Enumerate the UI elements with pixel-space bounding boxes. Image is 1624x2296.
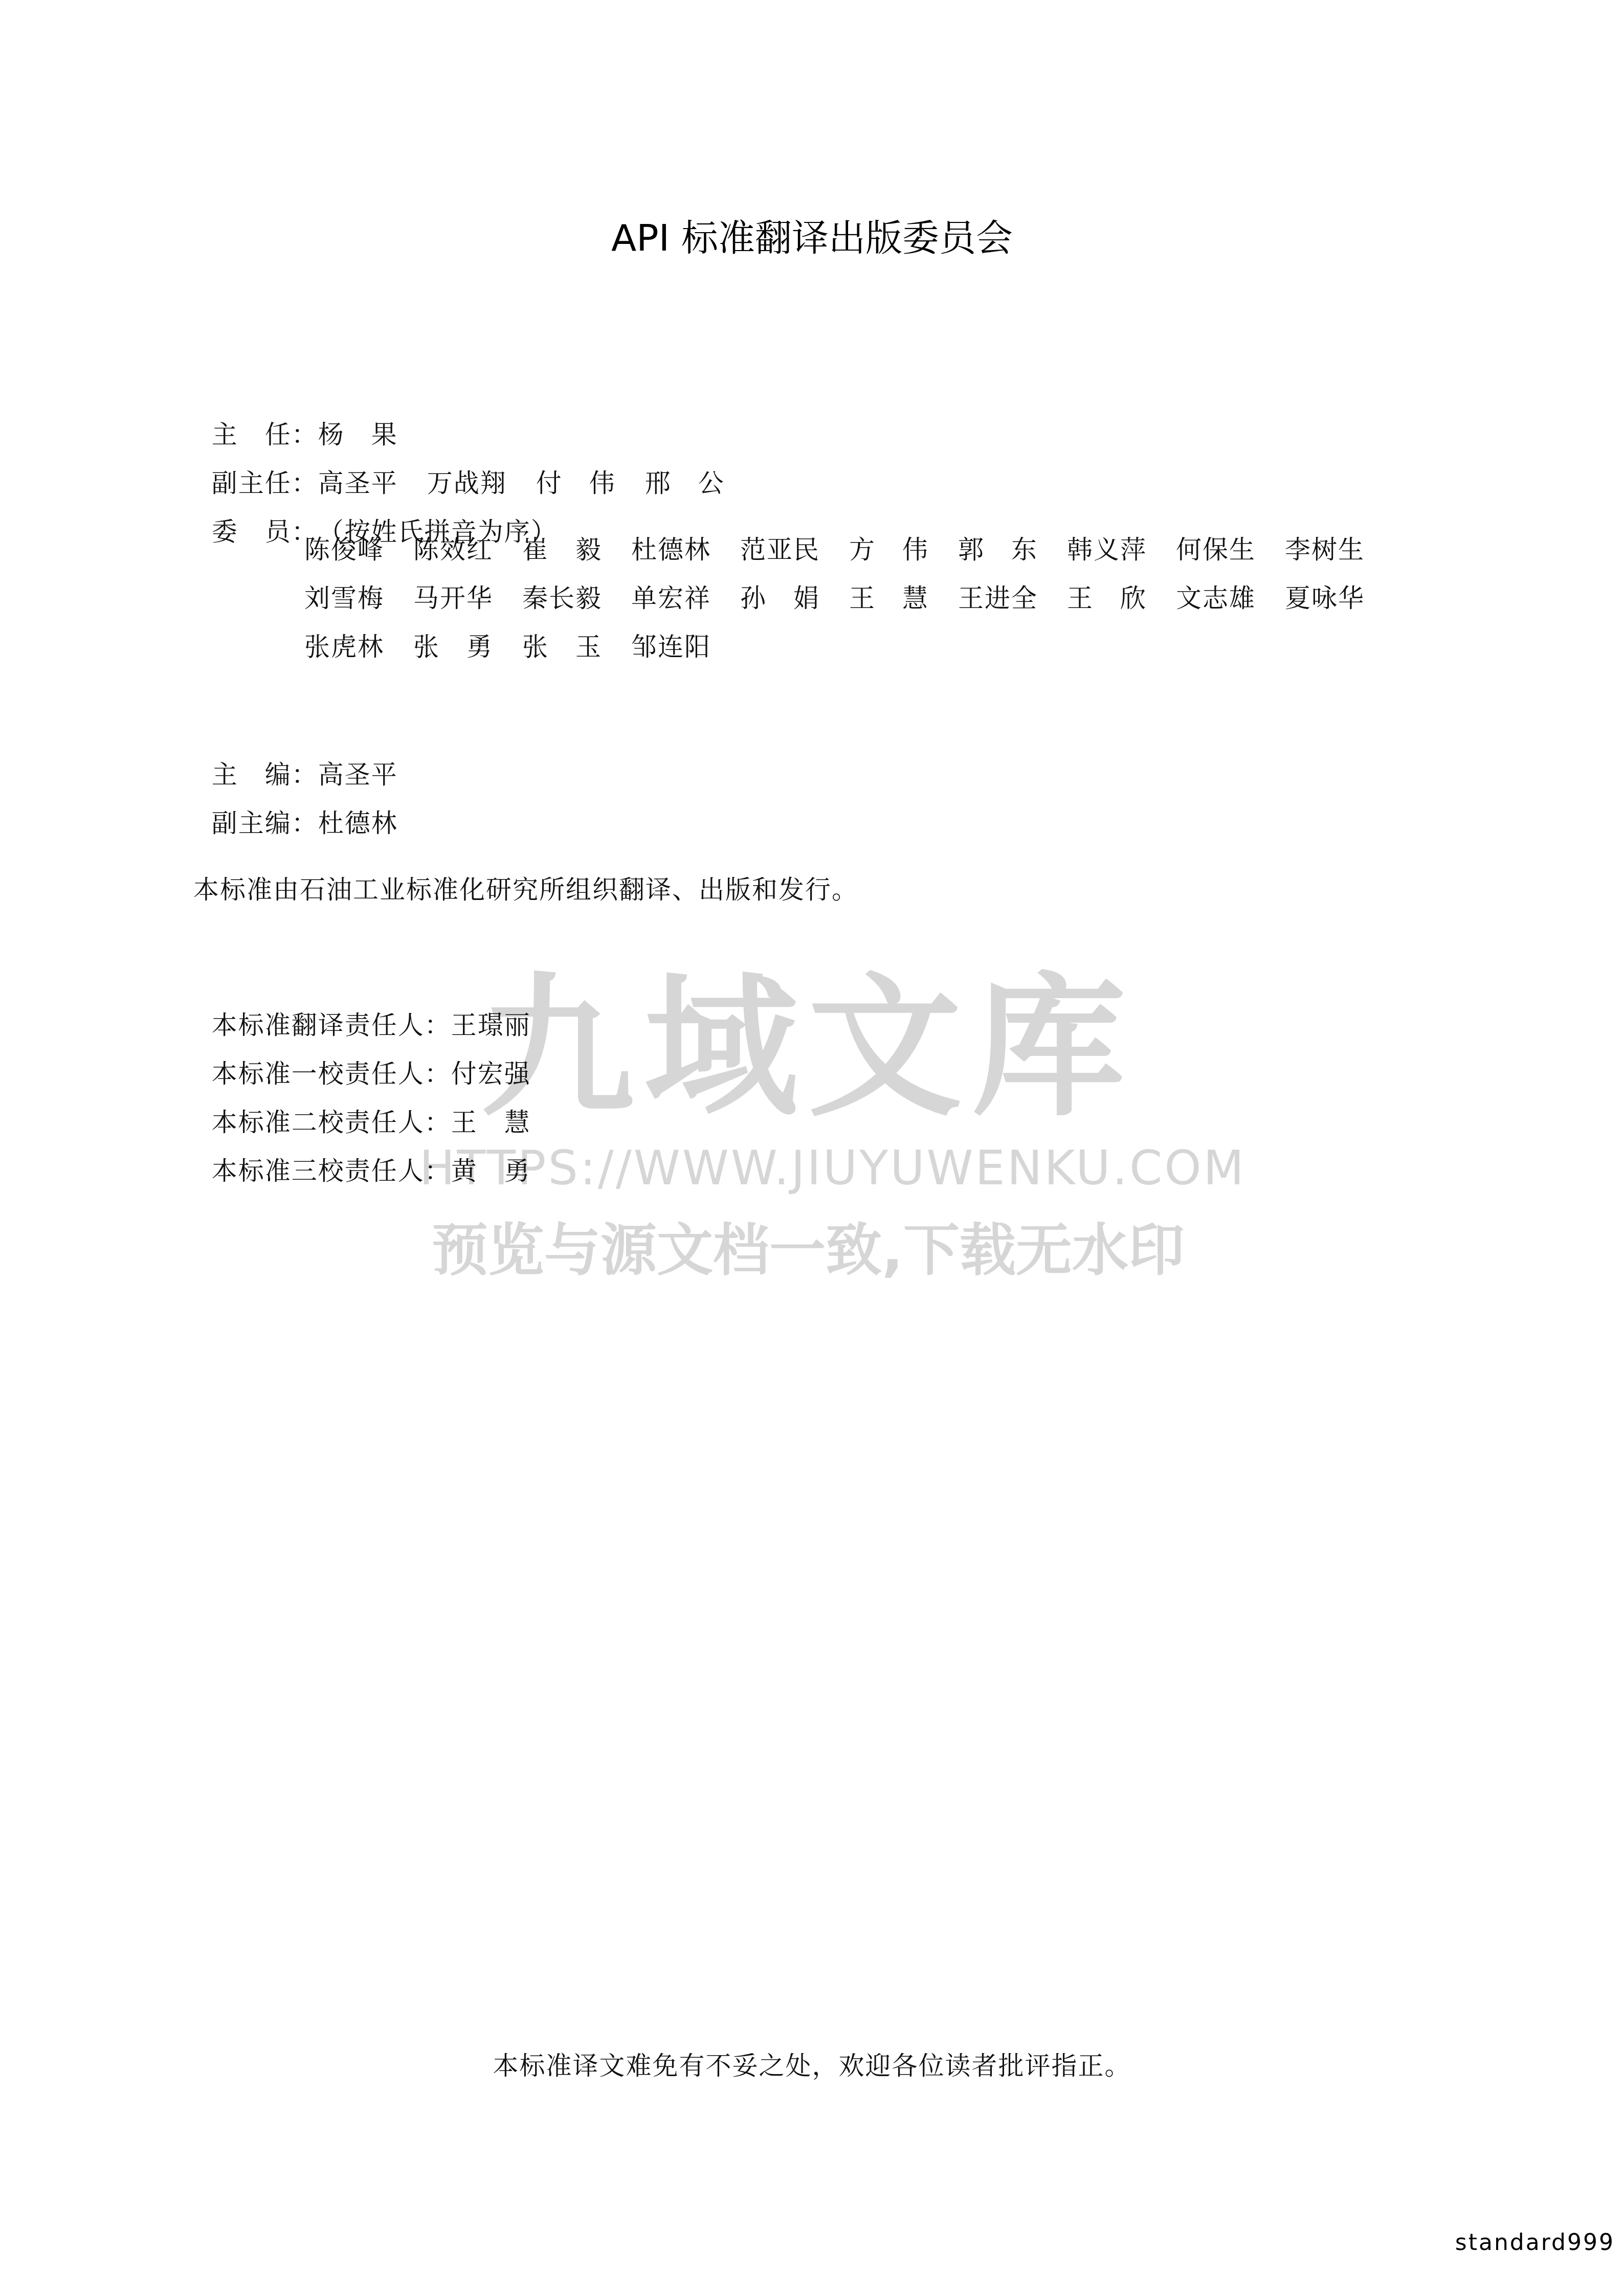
member-name: 杜德林 bbox=[631, 534, 740, 565]
member-name: 王进全 bbox=[958, 583, 1067, 614]
responsibility-line-proof-3: 本标准三校责任人：黄 勇 bbox=[193, 1125, 531, 1186]
member-name: 邹连阳 bbox=[631, 632, 740, 662]
responsibility-name: 黄 勇 bbox=[451, 1156, 531, 1186]
member-name: 单宏祥 bbox=[631, 583, 740, 614]
member-name: 孙 娟 bbox=[740, 583, 849, 614]
page-title: API 标准翻译出版委员会 bbox=[0, 215, 1624, 261]
member-name: 王 欣 bbox=[1067, 583, 1176, 614]
watermark-brand: 九域文库 bbox=[419, 961, 1197, 1135]
member-name: 韩义萍 bbox=[1067, 534, 1176, 565]
member-name: 刘雪梅 bbox=[304, 583, 413, 614]
deputy-editor-label: 副主编： bbox=[212, 808, 318, 839]
vice-director-name: 邢 公 bbox=[645, 468, 754, 499]
deputy-editor-line: 副主编：杜德林 bbox=[193, 777, 398, 839]
member-name: 方 伟 bbox=[849, 534, 958, 565]
member-name: 范亚民 bbox=[740, 534, 849, 565]
publisher-statement: 本标准由石油工业标准化研究所组织翻译、出版和发行。 bbox=[193, 874, 858, 905]
member-name: 何保生 bbox=[1176, 534, 1285, 565]
members-row-1: 陈俊峰 陈效红 崔 毅 杜德林 范亚民 方 伟 郭 东 韩义萍 何保生 李树生 bbox=[304, 534, 1394, 565]
watermark: 九域文库 HTTPS://WWW.JIUYUWENKU.COM 预览与源文档一致… bbox=[419, 961, 1197, 1284]
member-name: 陈效红 bbox=[413, 534, 522, 565]
member-name: 王 慧 bbox=[849, 583, 958, 614]
member-name: 张虎林 bbox=[304, 632, 413, 662]
member-name: 文志雄 bbox=[1176, 583, 1285, 614]
member-name: 郭 东 bbox=[958, 534, 1067, 565]
members-row-2: 刘雪梅 马开华 秦长毅 单宏祥 孙 娟 王 慧 王进全 王 欣 文志雄 夏咏华 bbox=[304, 583, 1394, 614]
member-name: 夏咏华 bbox=[1285, 583, 1394, 614]
member-name: 张 玉 bbox=[522, 632, 631, 662]
footer-note: 本标准译文难免有不妥之处，欢迎各位读者批评指正。 bbox=[0, 2051, 1624, 2081]
responsibility-label: 本标准三校责任人： bbox=[212, 1156, 451, 1186]
member-name: 张 勇 bbox=[413, 632, 522, 662]
members-row-3: 张虎林 张 勇 张 玉 邹连阳 bbox=[304, 632, 740, 662]
member-name: 秦长毅 bbox=[522, 583, 631, 614]
watermark-slogan: 预览与源文档一致,下载无水印 bbox=[419, 1217, 1197, 1284]
members-label: 委 员： bbox=[212, 516, 318, 547]
member-name: 马开华 bbox=[413, 583, 522, 614]
member-name: 崔 毅 bbox=[522, 534, 631, 565]
watermark-url: HTTPS://WWW.JIUYUWENKU.COM bbox=[419, 1140, 1197, 1197]
member-name: 李树生 bbox=[1285, 534, 1394, 565]
member-name: 陈俊峰 bbox=[304, 534, 413, 565]
corner-label: standard999 bbox=[1455, 2230, 1615, 2256]
deputy-editor-name: 杜德林 bbox=[318, 808, 398, 838]
